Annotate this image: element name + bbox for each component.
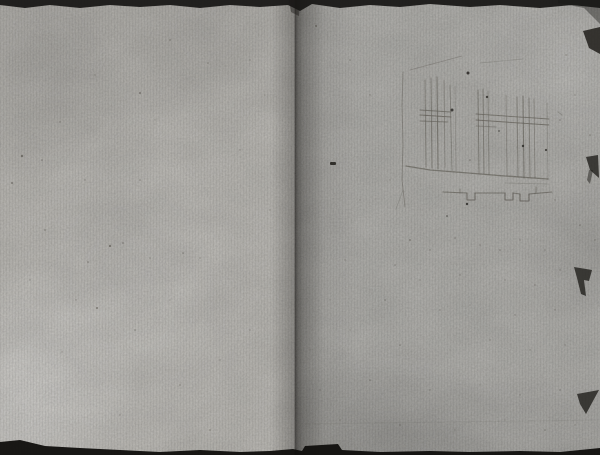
scan-artwork <box>0 0 600 455</box>
manuscript-scan <box>0 0 600 455</box>
paper-grain-light <box>0 0 600 455</box>
